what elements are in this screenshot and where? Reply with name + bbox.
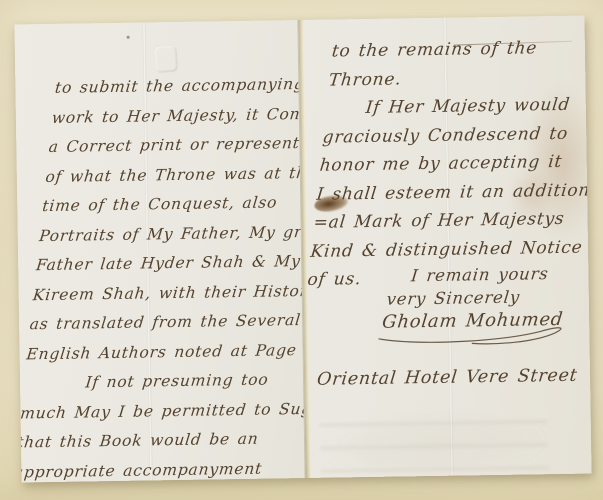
handwriting-line: Kind & distinguished Notice [309,233,592,266]
letter-page-left: to submit the accompanying work to Her M… [14,20,305,482]
address-line: Oriental Hotel Vere Street [316,366,579,390]
handwriting-line: to the remains of the [330,33,591,66]
letter-sheet: to submit the accompanying work to Her M… [14,16,591,483]
handwriting-line: a Correct print or representation [47,128,305,163]
handwriting-line: Kireem Shah, with their Histories [31,276,305,311]
signature-block: I remain yours very Sincerely Gholam Moh… [379,262,580,349]
handwriting-line: of what the Throne was at the [44,157,306,192]
right-page-text: to the remains of the Throne. If Her Maj… [306,33,592,294]
handwriting-line: honor me by accepting it [318,147,591,180]
handwriting-line: much May I be permitted to Suggest [19,394,306,429]
handwriting-line: English Authors noted at Page 10. [25,335,306,370]
letter-page-right: to the remains of the Throne. If Her Maj… [303,16,591,478]
closing-line: very Sincerely [385,285,577,311]
handwriting-line: If not presuming too [22,364,306,399]
handwriting-line: appropriate accompanyment [14,453,305,483]
handwriting-line: work to Her Majesty, it Contains [50,98,305,133]
handwriting-line: graciously Condescend to [321,119,591,152]
handwriting-line: =al Mark of Her Majestys [312,204,591,237]
handwriting-line: to submit the accompanying [53,69,305,104]
embossed-stamp-icon [154,45,178,72]
ink-speck [127,36,130,39]
handwriting-line: If Her Majesty would [324,90,591,123]
handwriting-line: that this Book would be an [16,423,306,458]
handwriting-line: I shall esteem it an addition= [315,176,591,209]
handwriting-line: as translated from the Several [28,305,305,340]
handwriting-line: Throne. [327,62,591,95]
handwriting-line: Father late Hyder Shah & My Uncle [34,246,305,281]
closing-line: I remain yours [410,262,580,288]
bleedthrough-text [318,404,549,478]
letter-photograph: to submit the accompanying work to Her M… [0,0,603,500]
handwriting-line: time of the Conquest, also [41,187,306,222]
handwriting-line: Portraits of My Father, My grand [38,216,306,251]
left-page-text: to submit the accompanying work to Her M… [14,69,305,483]
